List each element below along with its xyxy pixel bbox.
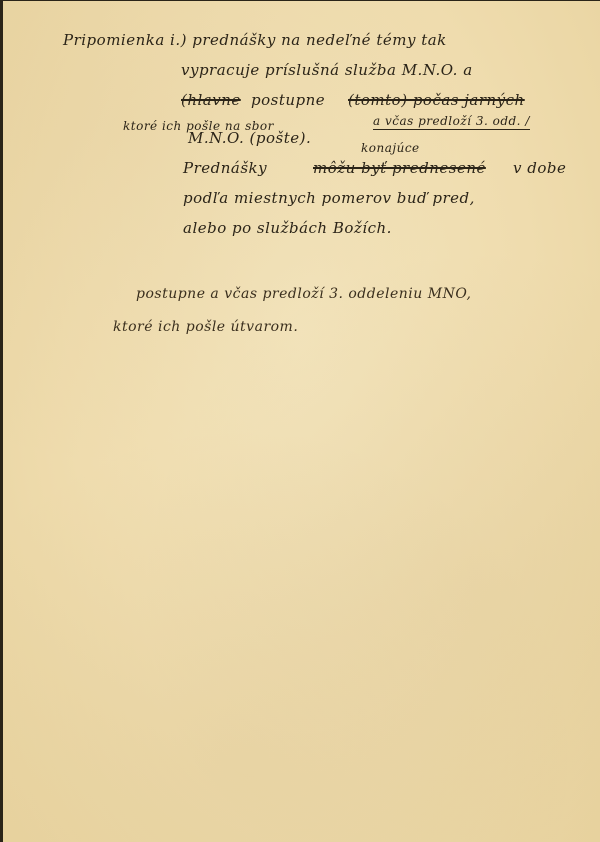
inserted-text: konajúce — [361, 141, 420, 155]
text-line: M.N.O. (pošte). — [188, 129, 311, 147]
text-line: Prednášky — [183, 159, 267, 177]
text-line: ktoré ich pošle útvarom. — [113, 319, 298, 335]
text-line: postupne — [251, 91, 325, 109]
deleted-text: (hlavne — [181, 91, 241, 109]
text-line: vypracuje príslušná služba M.N.O. a — [181, 61, 473, 79]
manuscript-page: Pripomienka i.) prednášky na nedeľné tém… — [3, 1, 600, 842]
text-line: Pripomienka i.) prednášky na nedeľné tém… — [63, 31, 447, 49]
text-line: postupne a včas predloží 3. oddeleniu MN… — [136, 286, 471, 302]
inserted-text: a včas predloží 3. odd. / — [373, 114, 530, 130]
text-line: podľa miestnych pomerov buď pred, — [183, 189, 475, 207]
text-line: v dobe — [513, 159, 566, 177]
text-line: alebo po službách Božích. — [183, 219, 392, 237]
deleted-text: môžu byť prednesené — [313, 159, 486, 177]
deleted-text: (tomto) počas jarných — [348, 91, 525, 109]
